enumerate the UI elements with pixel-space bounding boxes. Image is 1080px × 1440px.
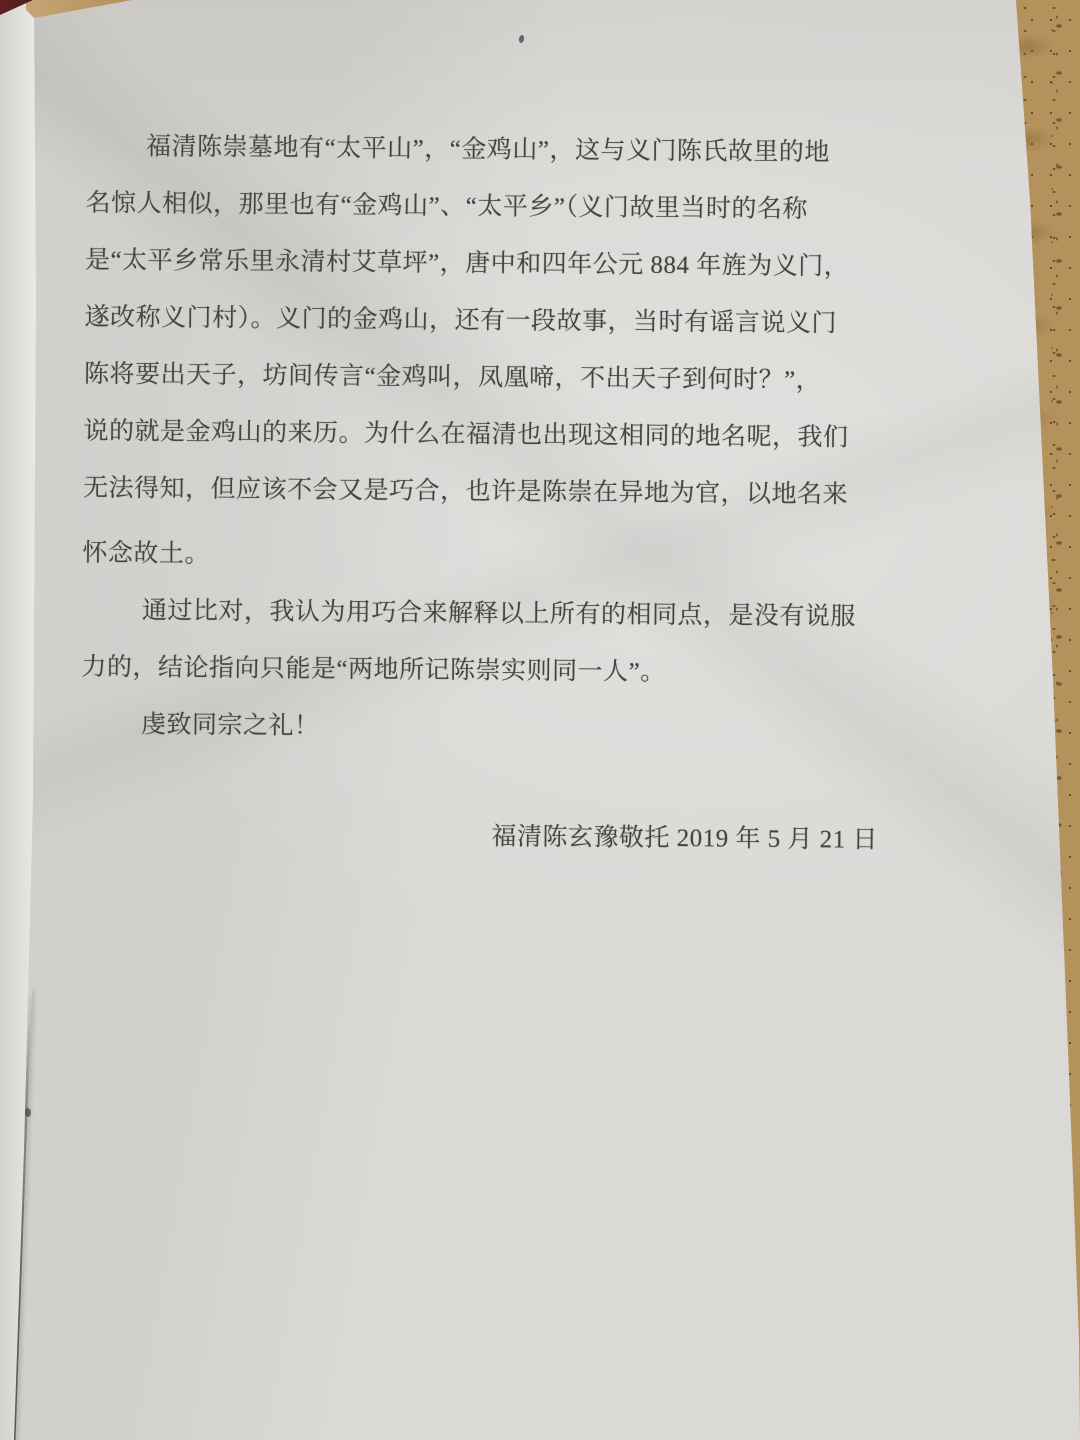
- letter-body: 福清陈崇墓地有“太平山”，“金鸡山”，这与义门陈氏故里的地 名惊人相似，那里也有…: [80, 118, 886, 869]
- letter-line: 陈将要出天子，坊间传言“金鸡叫，凤凰啼，不出天子到何时？”，: [84, 346, 884, 410]
- letter-line: 是“太平乡常乐里永清村艾草坪”，唐中和四年公元 884 年旌为义门，: [85, 232, 885, 296]
- letter-closing-line: 虔致同宗之礼！: [81, 696, 881, 760]
- letter-line: 无法得知，但应该不会又是巧合，也许是陈崇在异地为官，以地名来: [83, 460, 883, 524]
- letter-line: 说的就是金鸡山的来历。为什么在福清也出现这相同的地名呢，我们: [83, 403, 883, 467]
- ink-speck-top: [518, 35, 525, 44]
- letter-line: 名惊人相似，那里也有“金鸡山”、“太平乡”（义门故里当时的名称: [85, 175, 885, 239]
- letter-line: 怀念故土。: [82, 525, 882, 589]
- letter-line: 福清陈崇墓地有“太平山”，“金鸡山”，这与义门陈氏故里的地: [86, 118, 886, 182]
- letter-line: 力的，结论指向只能是“两地所记陈崇实则同一人”。: [81, 639, 881, 703]
- letter-page: 福清陈崇墓地有“太平山”，“金鸡山”，这与义门陈氏故里的地 名惊人相似，那里也有…: [0, 0, 1080, 1440]
- photo-scene: 福清陈崇墓地有“太平山”，“金鸡山”，这与义门陈氏故里的地 名惊人相似，那里也有…: [0, 0, 1080, 1440]
- ink-speck-left: [25, 1108, 31, 1117]
- letter-line: 通过比对，我认为用巧合来解释以上所有的相同点，是没有说服: [82, 582, 882, 646]
- letter-line: 遂改称义门村）。义门的金鸡山，还有一段故事，当时有谣言说义门: [84, 289, 884, 353]
- signature-line: 福清陈玄豫敬托 2019 年 5 月 21 日: [80, 805, 880, 869]
